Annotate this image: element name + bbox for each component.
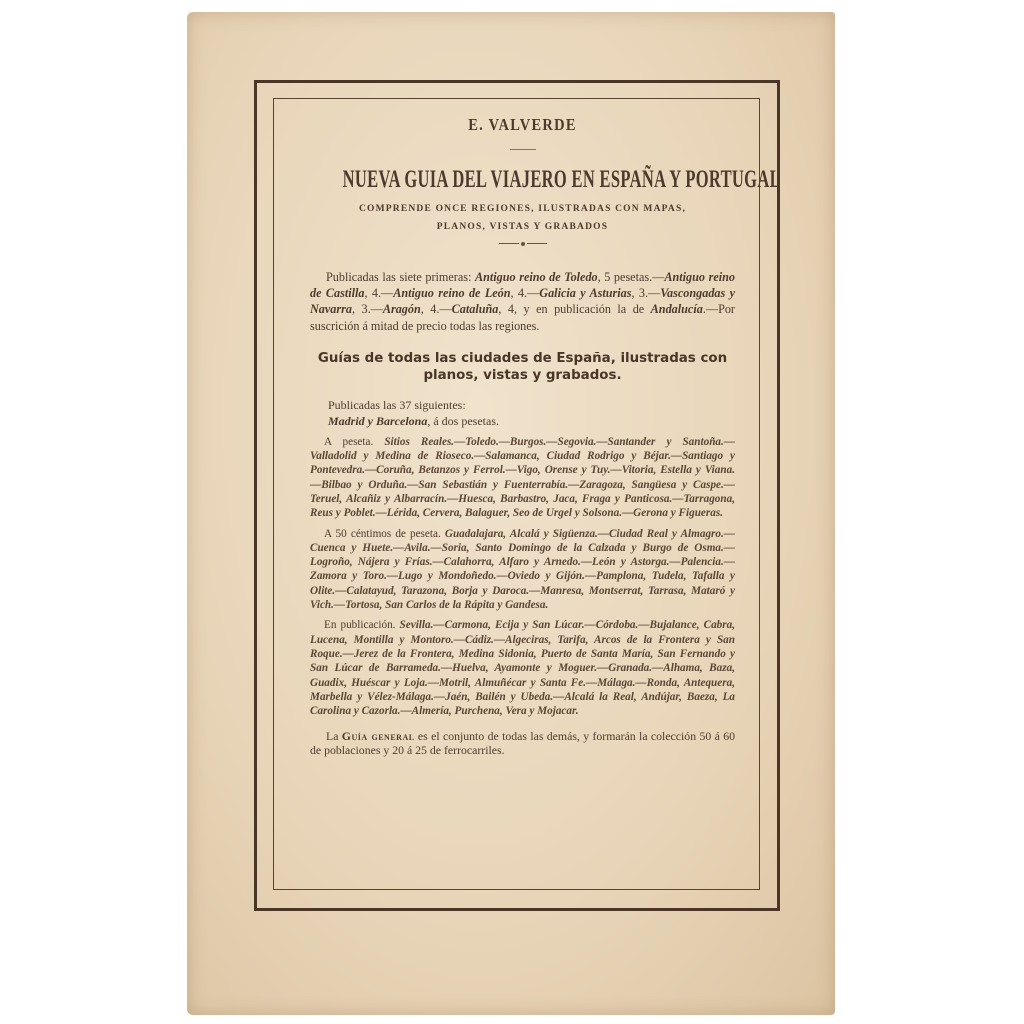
subtitle: COMPRENDE ONCE REGIONES, ILUSTRADAS CON … [310, 200, 735, 236]
intro-region-name: Aragón [383, 302, 421, 316]
page-content: E. VALVERDE NUEVA GUIA DEL VIAJERO EN ES… [310, 110, 735, 757]
section-a-peseta: A peseta. Sitios Reales.—Toledo.—Burgos.… [310, 435, 735, 521]
intro-region-name: Andalucía [651, 302, 703, 316]
closing-paragraph: La Guía general es el conjunto de todas … [310, 730, 735, 757]
section-en-publicacion: En publicación. Sevilla.—Carmona, Ecija … [310, 618, 735, 718]
section-items: Sitios Reales.—Toledo.—Burgos.—Segovia.—… [310, 436, 735, 519]
intro-paragraph: Publicadas las siete primeras: Antiguo r… [310, 269, 735, 334]
section-lead: En publicación. [324, 619, 400, 631]
author-name: E. VALVERDE [342, 115, 703, 135]
section-items: Sevilla.—Carmona, Ecija y San Lúcar.—Cór… [310, 619, 735, 717]
short-divider [510, 149, 536, 150]
subtitle-line-2: PLANOS, VISTAS Y GRABADOS [310, 218, 735, 236]
published-count-line: Publicadas las 37 siguientes: [328, 397, 735, 413]
section-heading: Guías de todas las ciudades de España, i… [310, 350, 735, 384]
intro-text: , 3.— [632, 286, 661, 300]
intro-region-name: Cataluña [452, 302, 499, 316]
intro-lead: Publicadas las siete primeras: [326, 270, 475, 284]
intro-region-name: Antiguo reino de León [393, 286, 510, 300]
ornament-divider-icon [310, 238, 735, 249]
section-lead: A peseta. [324, 436, 384, 448]
intro-region-name: Antiguo reino de Toledo [475, 270, 598, 284]
intro-text: , 3.— [352, 302, 383, 316]
intro-region-name: Galicia y Asturias [539, 286, 631, 300]
closing-smallcaps: Guía general [342, 729, 415, 743]
intro-text: , 4.— [511, 286, 540, 300]
intro-text: , 4, y en publicación la de [498, 302, 650, 316]
section-50-centimos: A 50 céntimos de peseta. Guadalajara, Al… [310, 527, 735, 613]
madrid-cities: Madrid y Barcelona [328, 414, 427, 428]
intro-text: , 4.— [364, 286, 393, 300]
section-lead: A 50 céntimos de peseta. [324, 528, 445, 540]
madrid-price: , á dos pesetas. [427, 414, 499, 428]
closing-lead: La [326, 729, 342, 743]
book-title: NUEVA GUIA DEL VIAJERO EN ESPAÑA Y PORTU… [343, 166, 703, 194]
intro-text: , 5 pesetas.— [598, 270, 665, 284]
madrid-line: Madrid y Barcelona, á dos pesetas. [328, 413, 735, 429]
subtitle-line-1: COMPRENDE ONCE REGIONES, ILUSTRADAS CON … [310, 200, 735, 218]
intro-text: , 4.— [421, 302, 452, 316]
section-items: Guadalajara, Alcalá y Sigüenza.—Ciudad R… [310, 528, 735, 611]
